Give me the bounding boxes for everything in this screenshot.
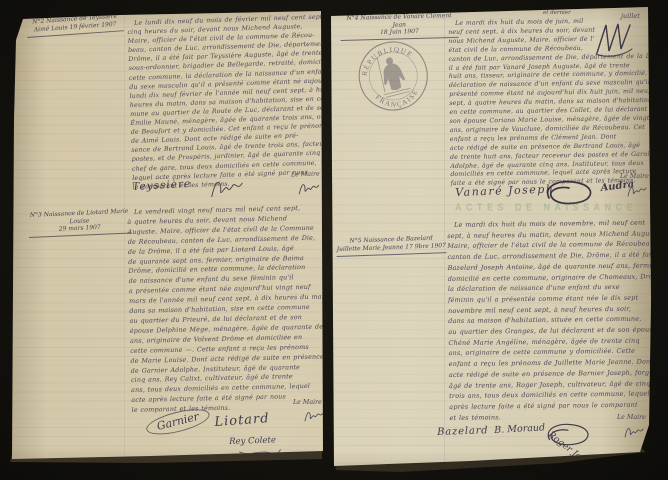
birth-act-5-text: Le mardi dix huit du mois de novembre, m…: [447, 217, 665, 423]
signature-scrawl: [623, 426, 645, 439]
signature-teyssiere: Teyssière: [132, 178, 191, 193]
mayor-closing-note: Le Maire: [293, 399, 322, 406]
birth-act-2-text: Le lundi dix neuf du mois de février mil…: [127, 12, 330, 191]
interline-correction: et dernier: [543, 10, 571, 16]
overwritten-signature-scrawl: [594, 21, 634, 57]
stamp-marianne-figure: [378, 55, 407, 93]
republique-francaise-stamp: RÉPUBLIQUE FRANÇAISE: [347, 29, 439, 121]
margin-note-act-3: N°3 Naissance de Liotard Marie Louise 29…: [28, 208, 131, 239]
mayor-closing-note: Le Maire: [291, 170, 320, 178]
signature-rey-colete: Rey Colete: [229, 435, 276, 447]
birth-act-3-text: Le vendredi vingt neuf mars mil neuf cen…: [127, 204, 329, 416]
mayor-closing-note: Le Maire: [617, 414, 646, 421]
signature-scrawl: [206, 178, 248, 200]
signature-liotard: Liotard: [214, 411, 270, 430]
margin-rule: [124, 14, 125, 456]
margin-note-act-5: N°5 Naissance de Bazelard Juillette Mari…: [336, 234, 447, 257]
signature-scrawl: [303, 410, 325, 423]
show-through-printed-heading: ACTES DE NAISSANCE: [455, 201, 637, 213]
register-photo: N°2 Naissance de Teyssière Aimé Louis 19…: [0, 0, 668, 480]
signature-b-moraud: B. Moraud: [494, 422, 545, 436]
signature-bazelard: Bazelard: [437, 425, 489, 438]
signature-scrawl: [297, 182, 321, 196]
